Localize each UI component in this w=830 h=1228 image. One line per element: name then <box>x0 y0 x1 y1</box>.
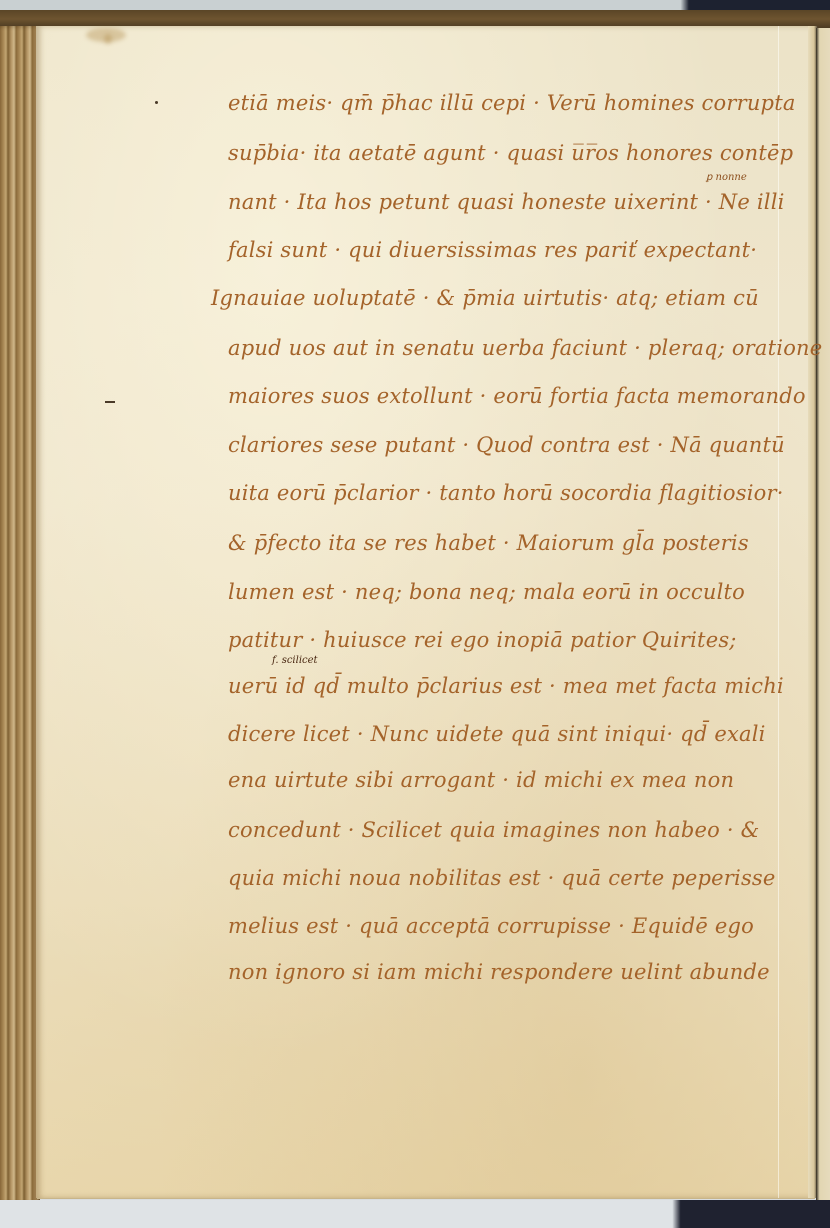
text-line-16: concedunt · Scilicet quia imagines non h… <box>228 820 760 841</box>
text-line-19: non ignoro si iam michi respondere uelin… <box>228 962 770 983</box>
text-line-11: lumen est · neq; bona neq; mala eorū in … <box>228 582 745 603</box>
text-line-9: uita eorū p̄clarior · tanto horū socordi… <box>228 483 784 504</box>
text-line-12: patitur · huiusce rei ego inopiā patior … <box>228 630 737 651</box>
text-line-14: dicere licet · Nunc uidete quā sint iniq… <box>228 724 766 745</box>
text-line-13: uerū id qd̄ multo p̄clarius est · mea me… <box>228 676 784 697</box>
text-line-18: melius est · quā acceptā corrupisse · Eq… <box>228 916 754 937</box>
text-line-2: sup̄bia· ita aetatē agunt · quasi u̅r̅os… <box>228 143 793 164</box>
text-line-4: falsi sunt · qui diuersissimas res pariť… <box>228 240 757 261</box>
text-line-7: maiores suos extollunt · eorū fortia fac… <box>228 386 806 407</box>
text-line-15: ena uirtute sibi arrogant · id michi ex … <box>228 770 734 791</box>
text-line-1: etiā meis· qm̄ p̄hac illū̄ cepi · Verū h… <box>228 93 796 114</box>
manuscript-text: etiā meis· qm̄ p̄hac illū̄ cepi · Verū h… <box>0 0 830 1228</box>
text-line-5: Ignauiae uoluptatē · & p̄mia uirtutis· a… <box>211 288 759 309</box>
interlinear-gloss-scilicet: f. scilicet <box>272 655 318 666</box>
text-line-17: quia michi noua nobilitas est · quā cert… <box>228 868 776 889</box>
text-line-3: nant · Ita hos petunt quasi honeste uixe… <box>228 192 785 213</box>
text-line-10: & p̄fecto ita se res habet · Maiorum gl̄… <box>228 533 749 554</box>
text-line-6: apud uos aut in senatu uerba faciunt · p… <box>228 338 822 359</box>
text-line-8: clariores sese putant · Quod contra est … <box>228 435 785 456</box>
interlinear-gloss-nonne: ꝑ nonne <box>706 172 747 183</box>
